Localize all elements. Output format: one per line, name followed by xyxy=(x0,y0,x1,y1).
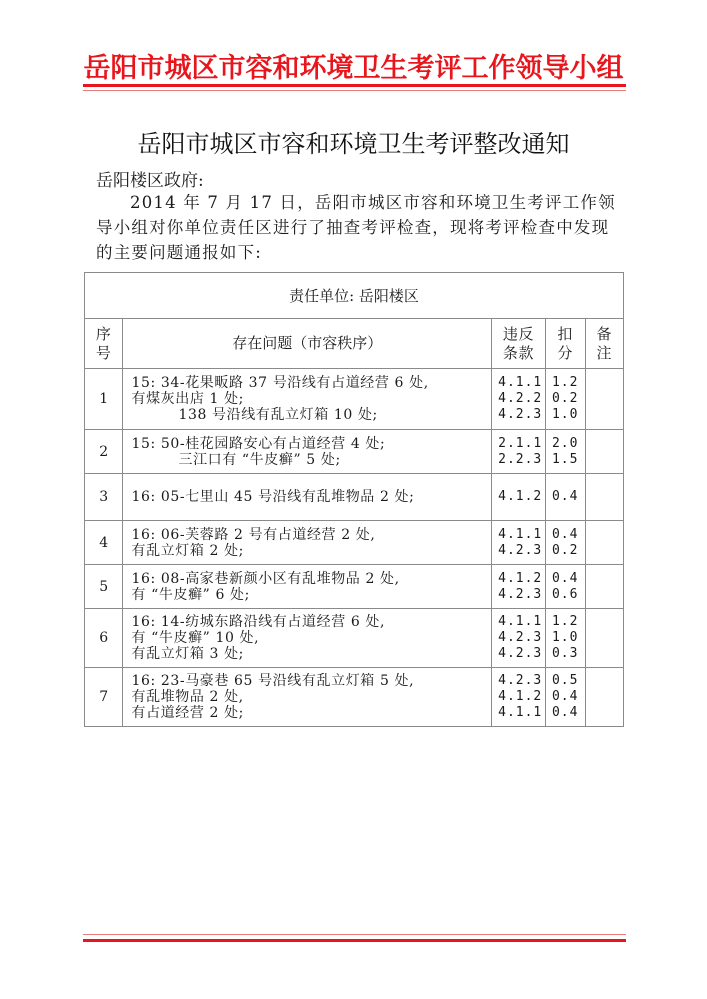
score-value: 0.2 xyxy=(546,391,585,407)
clause-value: 4.2.3 xyxy=(492,646,545,662)
issue-line: 有煤灰出店 1 处; xyxy=(131,391,491,407)
notice-title: 岳阳市城区市容和环境卫生考评整改通知 xyxy=(0,124,707,159)
note-cell xyxy=(585,609,624,668)
score-value: 0.6 xyxy=(546,587,585,603)
issue-line: 16: 08-高家巷新颜小区有乱堆物品 2 处, xyxy=(131,571,491,587)
score-cell: 1.20.21.0 xyxy=(545,369,585,430)
clause-value: 4.1.2 xyxy=(492,689,545,705)
clause-cell: 4.1.14.2.24.2.3 xyxy=(492,369,546,430)
table-row: 616: 14-纺城东路沿线有占道经营 6 处,有 “牛皮癣” 10 处,有乱立… xyxy=(85,609,624,668)
clause-value: 4.1.2 xyxy=(492,489,545,505)
note-cell xyxy=(585,369,624,430)
row-number: 6 xyxy=(85,609,123,668)
clause-value: 4.1.1 xyxy=(492,375,545,391)
clause-value: 4.2.2 xyxy=(492,391,545,407)
issue-line: 有 “牛皮癣” 6 处; xyxy=(131,587,491,603)
clause-cell: 4.1.2 xyxy=(492,474,546,521)
header-clause: 违反 条款 xyxy=(492,319,546,369)
clause-value: 4.2.3 xyxy=(492,587,545,603)
score-value: 1.0 xyxy=(546,630,585,646)
issue-cell: 15: 50-桂花园路安心有占道经营 4 处;三江口有 “牛皮癣” 5 处; xyxy=(123,430,492,474)
clause-cell: 4.2.34.1.24.1.1 xyxy=(492,668,546,727)
clause-value: 4.1.1 xyxy=(492,614,545,630)
score-value: 0.3 xyxy=(546,646,585,662)
score-cell: 2.01.5 xyxy=(545,430,585,474)
issue-line: 有乱立灯箱 2 处; xyxy=(131,543,491,559)
score-value: 1.0 xyxy=(546,407,585,423)
clause-cell: 4.1.14.2.34.2.3 xyxy=(492,609,546,668)
score-cell: 1.21.00.3 xyxy=(545,609,585,668)
score-cell: 0.50.40.4 xyxy=(545,668,585,727)
score-value: 0.4 xyxy=(546,527,585,543)
score-value: 1.2 xyxy=(546,614,585,630)
score-value: 0.4 xyxy=(546,689,585,705)
issue-line: 138 号沿线有乱立灯箱 10 处; xyxy=(131,407,491,423)
header-issue: 存在问题（市容秩序） xyxy=(123,319,492,369)
score-value: 0.5 xyxy=(546,673,585,689)
clause-value: 4.1.1 xyxy=(492,527,545,543)
table-row: 316: 05-七里山 45 号沿线有乱堆物品 2 处;4.1.20.4 xyxy=(85,474,624,521)
issues-table: 责任单位: 岳阳楼区 序 号 存在问题（市容秩序） 违反 条款 扣 分 备 注 … xyxy=(84,272,624,727)
salutation: 岳阳楼区政府: xyxy=(96,166,204,191)
score-value: 0.4 xyxy=(546,489,585,505)
issue-cell: 16: 06-芙蓉路 2 号有占道经营 2 处,有乱立灯箱 2 处; xyxy=(123,521,492,565)
notice-body: 2014 年 7 月 17 日，岳阳市城区市容和环境卫生考评工作领导小组对你单位… xyxy=(96,190,616,265)
issue-line: 有占道经营 2 处; xyxy=(131,705,491,721)
issue-line: 16: 23-马豪巷 65 号沿线有乱立灯箱 5 处, xyxy=(131,673,491,689)
row-number: 3 xyxy=(85,474,123,521)
clause-value: 4.2.3 xyxy=(492,673,545,689)
table-row: 115: 34-花果畈路 37 号沿线有占道经营 6 处,有煤灰出店 1 处;1… xyxy=(85,369,624,430)
score-value: 2.0 xyxy=(546,436,585,452)
clause-value: 4.1.2 xyxy=(492,571,545,587)
masthead-rule-thin xyxy=(83,90,626,91)
responsible-unit: 责任单位: 岳阳楼区 xyxy=(85,273,624,319)
header-note: 备 注 xyxy=(585,319,624,369)
note-cell xyxy=(585,521,624,565)
issue-line: 有乱立灯箱 3 处; xyxy=(131,646,491,662)
row-number: 2 xyxy=(85,430,123,474)
clause-cell: 2.1.12.2.3 xyxy=(492,430,546,474)
responsible-unit-row: 责任单位: 岳阳楼区 xyxy=(85,273,624,319)
masthead-title: 岳阳市城区市容和环境卫生考评工作领导小组 xyxy=(0,46,707,85)
table-header-row: 序 号 存在问题（市容秩序） 违反 条款 扣 分 备 注 xyxy=(85,319,624,369)
issue-line: 三江口有 “牛皮癣” 5 处; xyxy=(131,452,491,468)
issue-line: 有 “牛皮癣” 10 处, xyxy=(131,630,491,646)
issue-line: 有乱堆物品 2 处, xyxy=(131,689,491,705)
score-value: 0.4 xyxy=(546,571,585,587)
issue-cell: 16: 14-纺城东路沿线有占道经营 6 处,有 “牛皮癣” 10 处,有乱立灯… xyxy=(123,609,492,668)
header-no: 序 号 xyxy=(85,319,123,369)
score-cell: 0.40.6 xyxy=(545,565,585,609)
issue-cell: 16: 05-七里山 45 号沿线有乱堆物品 2 处; xyxy=(123,474,492,521)
note-cell xyxy=(585,565,624,609)
clause-cell: 4.1.24.2.3 xyxy=(492,565,546,609)
issue-line: 16: 06-芙蓉路 2 号有占道经营 2 处, xyxy=(131,527,491,543)
note-cell xyxy=(585,474,624,521)
clause-value: 2.2.3 xyxy=(492,452,545,468)
issue-cell: 16: 23-马豪巷 65 号沿线有乱立灯箱 5 处,有乱堆物品 2 处,有占道… xyxy=(123,668,492,727)
clause-value: 4.2.3 xyxy=(492,630,545,646)
table-row: 416: 06-芙蓉路 2 号有占道经营 2 处,有乱立灯箱 2 处;4.1.1… xyxy=(85,521,624,565)
footer-rule-thin xyxy=(83,934,626,935)
row-number: 4 xyxy=(85,521,123,565)
score-value: 1.2 xyxy=(546,375,585,391)
score-value: 1.5 xyxy=(546,452,585,468)
clause-cell: 4.1.14.2.3 xyxy=(492,521,546,565)
score-value: 0.2 xyxy=(546,543,585,559)
table-row: 215: 50-桂花园路安心有占道经营 4 处;三江口有 “牛皮癣” 5 处;2… xyxy=(85,430,624,474)
score-cell: 0.4 xyxy=(545,474,585,521)
clause-value: 2.1.1 xyxy=(492,436,545,452)
issue-line: 16: 05-七里山 45 号沿线有乱堆物品 2 处; xyxy=(131,489,491,505)
score-cell: 0.40.2 xyxy=(545,521,585,565)
row-number: 7 xyxy=(85,668,123,727)
note-cell xyxy=(585,668,624,727)
issue-cell: 16: 08-高家巷新颜小区有乱堆物品 2 处,有 “牛皮癣” 6 处; xyxy=(123,565,492,609)
footer-rule-thick xyxy=(83,939,626,942)
row-number: 5 xyxy=(85,565,123,609)
table-row: 516: 08-高家巷新颜小区有乱堆物品 2 处,有 “牛皮癣” 6 处;4.1… xyxy=(85,565,624,609)
clause-value: 4.1.1 xyxy=(492,705,545,721)
table-row: 716: 23-马豪巷 65 号沿线有乱立灯箱 5 处,有乱堆物品 2 处,有占… xyxy=(85,668,624,727)
clause-value: 4.2.3 xyxy=(492,543,545,559)
issue-cell: 15: 34-花果畈路 37 号沿线有占道经营 6 处,有煤灰出店 1 处;13… xyxy=(123,369,492,430)
clause-value: 4.2.3 xyxy=(492,407,545,423)
issue-line: 15: 34-花果畈路 37 号沿线有占道经营 6 处, xyxy=(131,375,491,391)
header-score: 扣 分 xyxy=(545,319,585,369)
score-value: 0.4 xyxy=(546,705,585,721)
note-cell xyxy=(585,430,624,474)
masthead-rule-thick xyxy=(83,84,626,87)
issue-line: 15: 50-桂花园路安心有占道经营 4 处; xyxy=(131,436,491,452)
issue-line: 16: 14-纺城东路沿线有占道经营 6 处, xyxy=(131,614,491,630)
row-number: 1 xyxy=(85,369,123,430)
